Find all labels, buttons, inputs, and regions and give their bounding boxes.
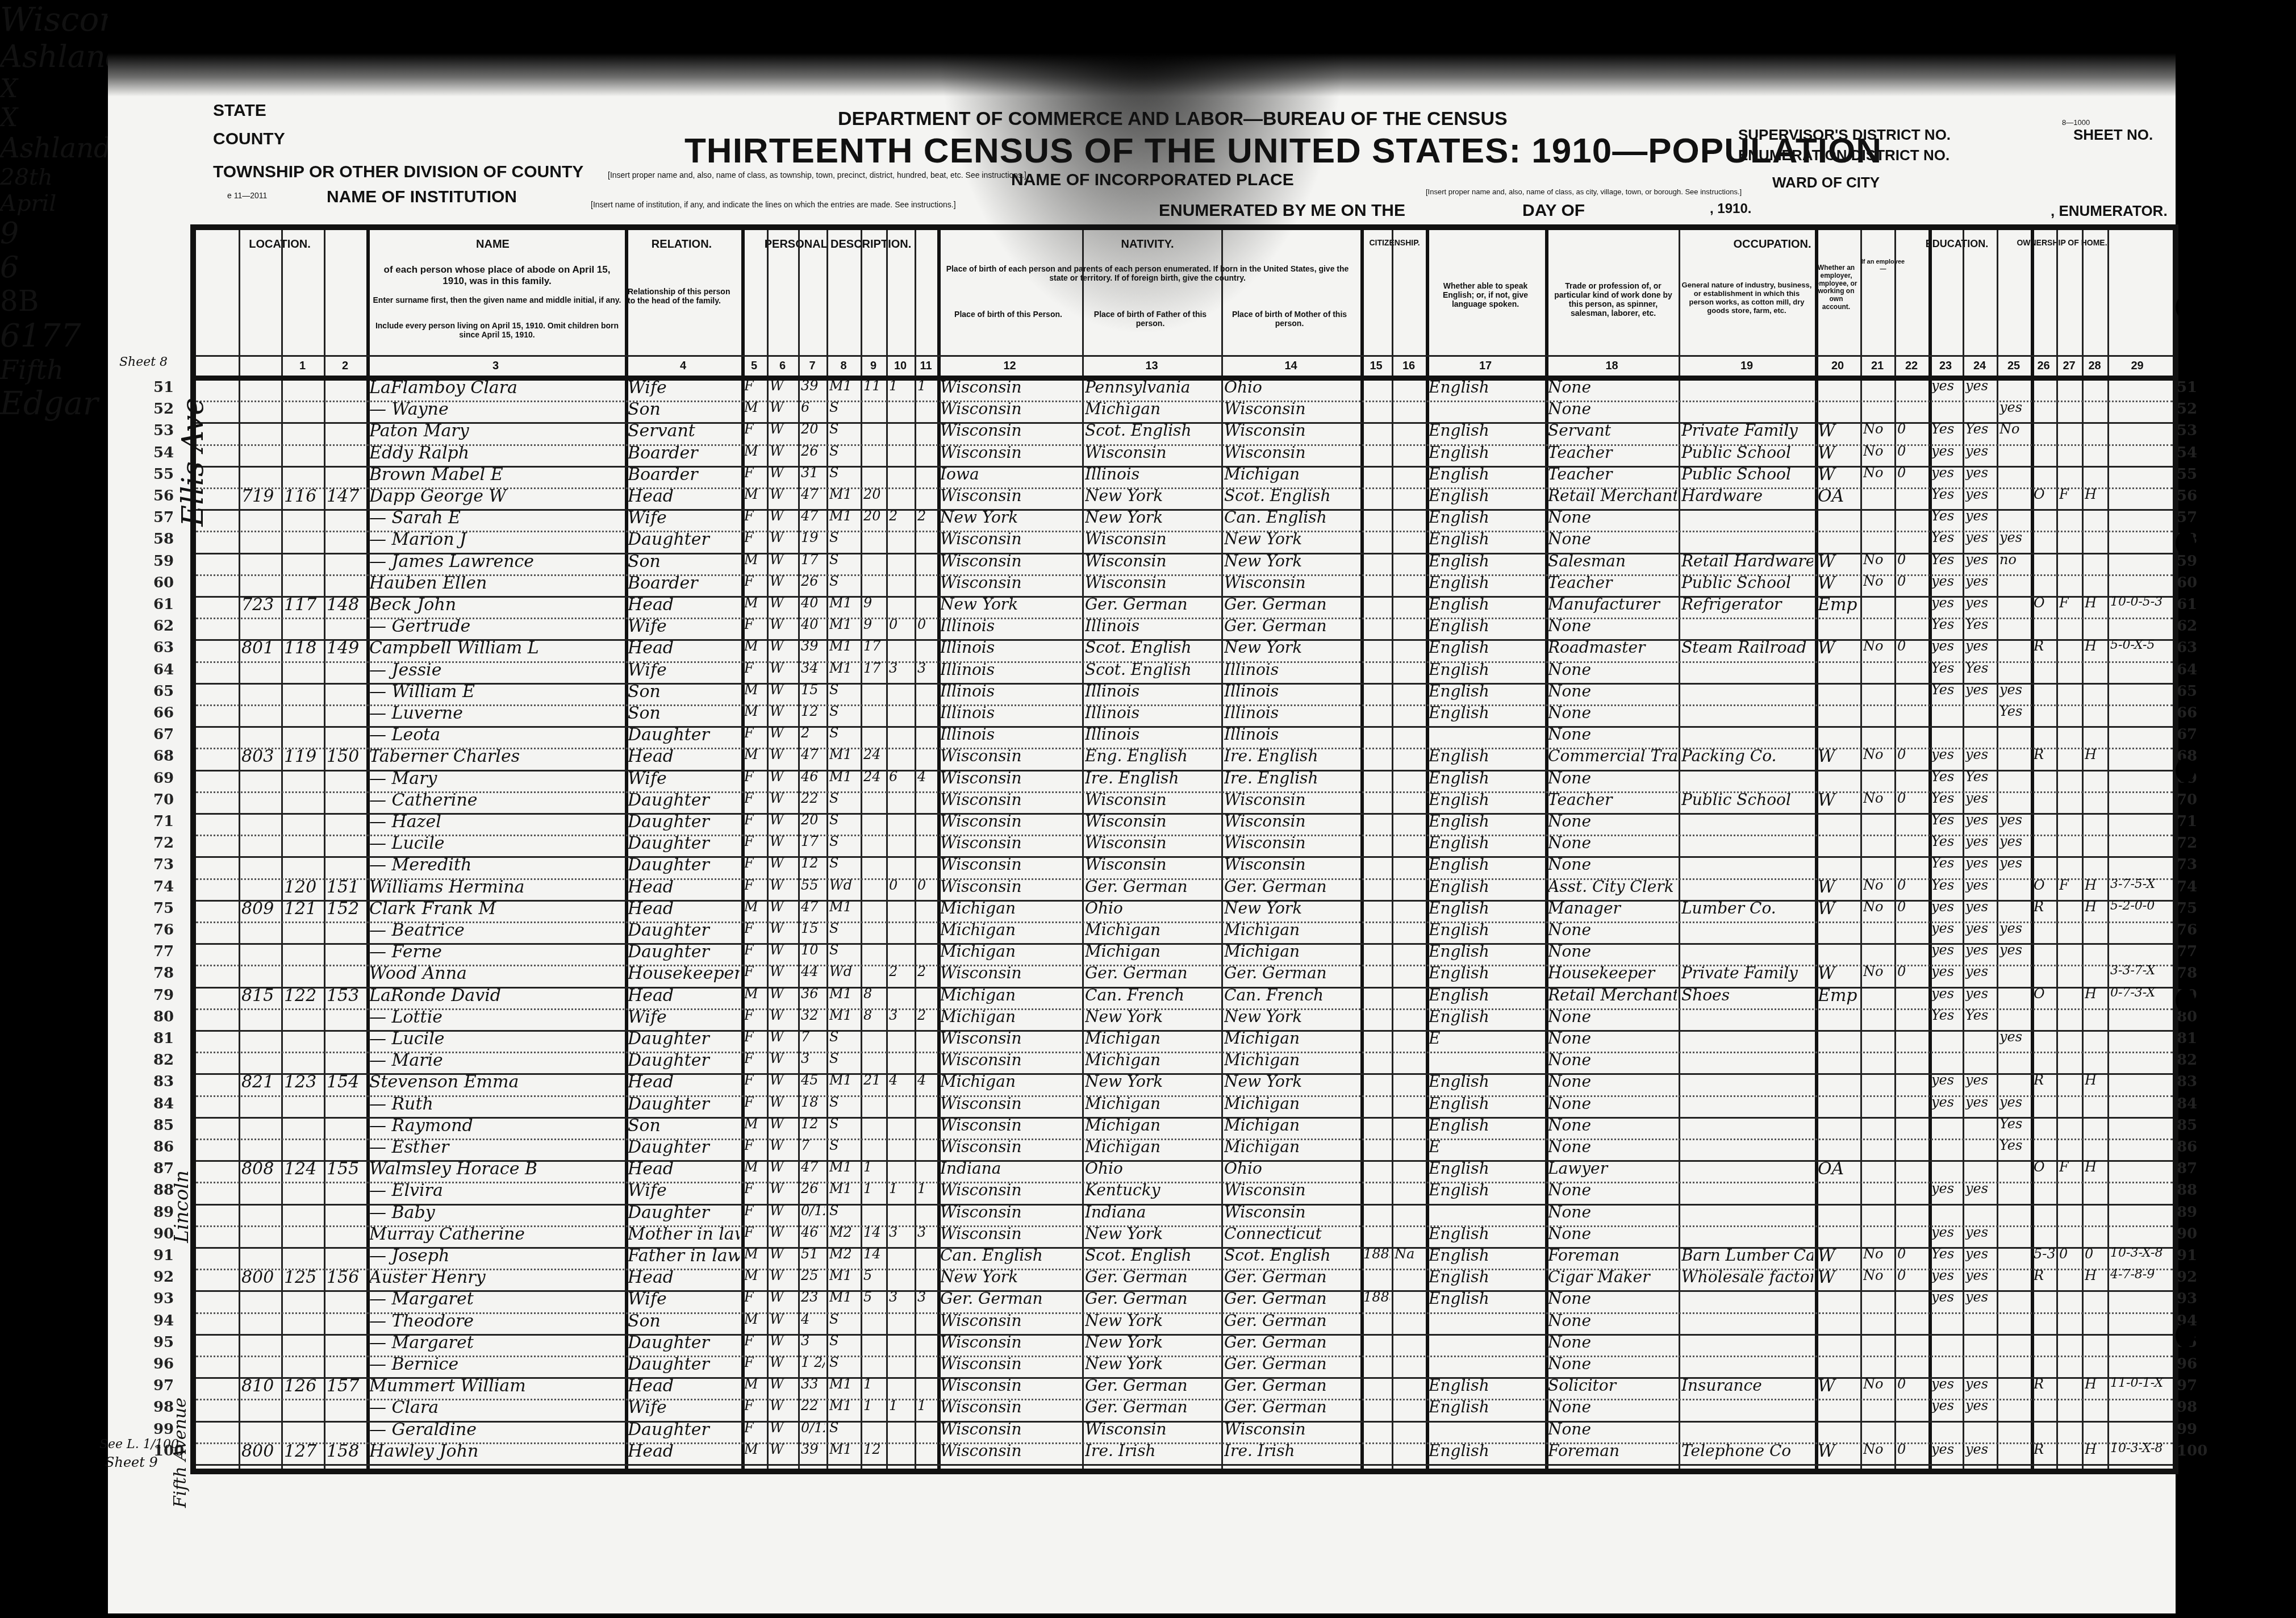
cell-free: F	[2059, 486, 2080, 502]
cell-yrs: 1	[863, 1181, 884, 1196]
cell-pob-m: Scot. English	[1224, 486, 1359, 505]
cell-industry: Public School	[1681, 443, 1813, 462]
cell-yrs: 1	[863, 1376, 884, 1392]
cell-trade: Retail Merchant	[1548, 486, 1677, 505]
cell-name: — William E	[369, 682, 623, 702]
cell-pob: Wisconsin	[940, 529, 1080, 548]
cell-dwelling: 121	[284, 899, 322, 919]
cell-name: — Marion J	[369, 529, 623, 549]
cell-trade: Teacher	[1548, 443, 1677, 462]
cell-emp: W	[1818, 1441, 1859, 1461]
cell-dwelling: 122	[284, 986, 322, 1006]
column-number: 23	[1928, 360, 1963, 373]
column-number: 14	[1221, 360, 1360, 373]
cell-yrs: 24	[863, 769, 884, 785]
cell-pob: Indiana	[940, 1159, 1080, 1178]
scan-shadow	[108, 0, 2176, 97]
cell-read: yes	[1931, 595, 1961, 611]
cell-marital: S	[829, 1116, 859, 1132]
cell-pob-f: Ger. German	[1085, 1398, 1220, 1416]
cell-race: W	[770, 1289, 796, 1305]
cell-lang: English	[1429, 1376, 1543, 1395]
cell-write: yes	[1965, 1181, 1995, 1196]
cell-pob: Wisconsin	[940, 1181, 1080, 1199]
cell-school: Yes	[1999, 703, 2029, 719]
cell-school: yes	[1999, 529, 2029, 545]
cell-sex: F	[744, 660, 765, 676]
cell-family: 155	[327, 1159, 365, 1179]
cell-trade: None	[1548, 1007, 1677, 1026]
cell-age: 31	[801, 465, 825, 481]
cell-pob-m: New York	[1224, 899, 1359, 918]
cell-trade: None	[1548, 399, 1677, 418]
cell-own: O	[2034, 986, 2055, 1002]
cell-name: — Meredith	[369, 855, 623, 875]
cell-pob-m: Michigan	[1224, 1137, 1359, 1156]
cell-race: W	[770, 769, 796, 785]
cell-age: 12	[801, 1116, 825, 1132]
cell-pob-f: New York	[1085, 1007, 1220, 1026]
cell-read: yes	[1931, 1267, 1961, 1283]
cell-oow: No	[1863, 573, 1893, 589]
cell-trade: None	[1548, 769, 1677, 787]
cell-trade: Roadmaster	[1548, 638, 1677, 657]
cell-house: 803	[241, 747, 279, 766]
cell-write: yes	[1965, 638, 1995, 654]
line-number: 63	[153, 639, 174, 656]
cell-family: 149	[327, 638, 365, 658]
cell-emp: W	[1818, 573, 1859, 593]
cell-age: 2	[801, 725, 825, 741]
cell-name: Eddy Ralph	[369, 443, 623, 463]
cell-name: — Lottie	[369, 1007, 623, 1027]
cell-pob-m: Scot. English	[1224, 1246, 1359, 1265]
cell-name: Williams Hermina	[369, 877, 623, 897]
cell-trade: None	[1548, 1094, 1677, 1113]
line-number: 91	[2177, 1247, 2197, 1264]
if-employee-header: If an employee—	[1860, 258, 1906, 273]
cell-oow: No	[1863, 1376, 1893, 1392]
cell-nat: Na	[1395, 1246, 1424, 1262]
cell-pob-f: Pennsylvania	[1085, 378, 1220, 397]
cell-family: 154	[327, 1072, 365, 1092]
cell-yrs: 20	[863, 486, 884, 502]
cell-pob-m: Wisconsin	[1224, 1420, 1359, 1438]
cell-read: Yes	[1931, 660, 1961, 676]
birth-mother-header: Place of birth of Mother of this person.	[1221, 310, 1358, 328]
line-number: 67	[2177, 726, 2197, 743]
cell-trade: None	[1548, 1224, 1677, 1243]
cell-relation: Son	[628, 399, 740, 419]
cell-pob-f: Scot. English	[1085, 660, 1220, 679]
cell-race: W	[770, 573, 796, 589]
cell-trade: None	[1548, 682, 1677, 700]
cell-wks: 0	[1897, 552, 1927, 568]
cell-race: W	[770, 595, 796, 611]
line-number: 54	[153, 444, 174, 461]
column-divider	[2056, 230, 2058, 1469]
cell-race: W	[770, 421, 796, 437]
line-number: 98	[2177, 1399, 2197, 1416]
cell-name: Mummert William	[369, 1376, 623, 1396]
cell-read: yes	[1931, 1181, 1961, 1196]
cell-oow: No	[1863, 899, 1893, 915]
line-number: 85	[153, 1117, 174, 1134]
cell-marital: S	[829, 443, 859, 459]
industry-header: General nature of industry, business, or…	[1681, 281, 1812, 315]
cell-relation: Wife	[628, 769, 740, 789]
cell-race: W	[770, 682, 796, 698]
line-number: 58	[153, 531, 174, 548]
line-number: 85	[2177, 1117, 2197, 1134]
cell-industry: Packing Co.	[1681, 747, 1813, 765]
line-number: 76	[2177, 921, 2197, 939]
cell-school: yes	[1999, 812, 2029, 828]
cell-own: R	[2034, 747, 2055, 762]
cell-sex: F	[744, 1203, 765, 1219]
cell-dwelling: 125	[284, 1267, 322, 1287]
cell-emp: W	[1818, 1267, 1859, 1287]
cell-family: 147	[327, 486, 365, 506]
cell-own: R	[2034, 638, 2055, 654]
cell-name: Paton Mary	[369, 421, 623, 441]
cell-relation: Wife	[628, 1398, 740, 1417]
cell-sex: F	[744, 616, 765, 632]
cell-relation: Daughter	[628, 942, 740, 962]
cell-pob-m: Illinois	[1224, 682, 1359, 700]
cell-pob-m: Ger. German	[1224, 877, 1359, 896]
cell-race: W	[770, 1094, 796, 1110]
cell-pob-f: Wisconsin	[1085, 855, 1220, 874]
cell-born: 1	[889, 1181, 913, 1196]
cell-trade: None	[1548, 1398, 1677, 1416]
cell-name: LaRonde David	[369, 986, 623, 1006]
cell-oow: No	[1863, 465, 1893, 481]
cell-pob: Wisconsin	[940, 1224, 1080, 1243]
cell-pob-f: New York	[1085, 486, 1220, 505]
cell-emp: OA	[1818, 1159, 1859, 1179]
cell-school: yes	[1999, 920, 2029, 936]
line-number: 86	[153, 1139, 174, 1156]
cell-race: W	[770, 1311, 796, 1327]
cell-pob-m: Wisconsin	[1224, 421, 1359, 440]
cell-read: yes	[1931, 964, 1961, 979]
cell-pob-f: Illinois	[1085, 465, 1220, 483]
line-number: 65	[2177, 683, 2197, 700]
cell-age: 47	[801, 508, 825, 524]
cell-pob: Wisconsin	[940, 855, 1080, 874]
cell-read: Yes	[1931, 682, 1961, 698]
cell-pob: Wisconsin	[940, 1376, 1080, 1395]
column-divider	[1392, 230, 1393, 1469]
cell-write: yes	[1965, 465, 1995, 481]
cell-read: Yes	[1931, 833, 1961, 849]
cell-pob-m: Wisconsin	[1224, 1203, 1359, 1221]
cell-family: 157	[327, 1376, 365, 1396]
cell-farm: H	[2085, 1441, 2106, 1457]
cell-house: 808	[241, 1159, 279, 1179]
cell-yrs: 14	[863, 1246, 884, 1262]
cell-industry: Private Family	[1681, 421, 1813, 440]
line-number: 70	[2177, 791, 2197, 808]
line-number: 63	[2177, 639, 2197, 656]
cell-pob-f: Michigan	[1085, 1050, 1220, 1069]
cell-pob-m: Can. French	[1224, 986, 1359, 1004]
cell-pob: Wisconsin	[940, 421, 1080, 440]
column-divider	[798, 230, 800, 1469]
cell-emp: Emp	[1818, 595, 1859, 615]
cell-race: W	[770, 1007, 796, 1023]
line-number: 78	[2177, 965, 2197, 982]
cell-lang: English	[1429, 1224, 1543, 1243]
column-number: 9	[861, 360, 886, 373]
group-personal: PERSONAL DESCRIPTION.	[741, 238, 934, 251]
cell-marital: M1	[829, 616, 859, 632]
cell-relation: Wife	[628, 1181, 740, 1200]
column-number: 19	[1679, 360, 1815, 373]
cell-trade: Foreman	[1548, 1441, 1677, 1460]
cell-name: Dapp George W	[369, 486, 623, 506]
cell-marital: S	[829, 703, 859, 719]
column-divider	[281, 230, 283, 1469]
cell-sex: M	[744, 443, 765, 459]
cell-relation: Head	[628, 986, 740, 1006]
cell-school: yes	[1999, 855, 2029, 871]
cell-sex: F	[744, 378, 765, 394]
cell-race: W	[770, 747, 796, 762]
cell-age: 40	[801, 595, 825, 611]
line-number: 55	[153, 466, 174, 483]
line-number: 64	[153, 661, 174, 678]
cell-race: W	[770, 1072, 796, 1088]
cell-trade: None	[1548, 616, 1677, 635]
cell-trade: None	[1548, 942, 1677, 961]
cell-write: yes	[1965, 1246, 1995, 1262]
cell-relation: Head	[628, 638, 740, 658]
cell-pob-f: Ger. German	[1085, 1376, 1220, 1395]
punch-hole	[2176, 531, 2195, 555]
cell-wks: 0	[1897, 443, 1927, 459]
cell-race: W	[770, 833, 796, 849]
cell-lang: E	[1429, 1137, 1543, 1156]
cell-write: yes	[1965, 1376, 1995, 1392]
cell-pob-m: Ire. English	[1224, 769, 1359, 787]
cell-lang: E	[1429, 1029, 1543, 1048]
cell-pob-m: Ger. German	[1224, 1398, 1359, 1416]
cell-name: Clark Frank M	[369, 899, 623, 919]
cell-pob: Wisconsin	[940, 1420, 1080, 1438]
cell-sex: F	[744, 1398, 765, 1413]
cell-family: 148	[327, 595, 365, 615]
cell-pob-m: Illinois	[1224, 725, 1359, 744]
cell-house: 810	[241, 1376, 279, 1396]
cell-lang: English	[1429, 986, 1543, 1004]
cell-pob-m: Ire. Irish	[1224, 1441, 1359, 1460]
cell-marital: M1	[829, 747, 859, 762]
cell-relation: Wife	[628, 378, 740, 398]
line-number: 70	[153, 791, 174, 808]
cell-sex: F	[744, 573, 765, 589]
cell-pob: Wisconsin	[940, 552, 1080, 570]
cell-pob-f: Ger. German	[1085, 1289, 1220, 1308]
cell-name: — Joseph	[369, 1246, 623, 1266]
cell-age: 19	[801, 529, 825, 545]
cell-pob-m: Ger. German	[1224, 616, 1359, 635]
cell-pob: Wisconsin	[940, 399, 1080, 418]
cell-industry: Barn Lumber Camp	[1681, 1246, 1813, 1265]
cell-marital: S	[829, 725, 859, 741]
cell-write: yes	[1965, 552, 1995, 568]
relation-desc: Relationship of this person to the head …	[628, 287, 736, 305]
cell-oow: No	[1863, 1267, 1893, 1283]
incorporated-place-label: NAME OF INCORPORATED PLACE	[1011, 170, 1294, 190]
cell-born: 0	[889, 616, 913, 632]
cell-yrs: 12	[863, 1441, 884, 1457]
cell-marital: M1	[829, 1181, 859, 1196]
line-number: 88	[2177, 1182, 2197, 1199]
cell-lang: English	[1429, 616, 1543, 635]
cell-race: W	[770, 1376, 796, 1392]
cell-relation: Head	[628, 1072, 740, 1092]
cell-wks: 0	[1897, 877, 1927, 893]
cell-sched: 10-3-X-8	[2110, 1246, 2165, 1260]
cell-write: yes	[1965, 877, 1995, 893]
cell-write: yes	[1965, 378, 1995, 394]
cell-pob-f: Ger. German	[1085, 1267, 1220, 1286]
cell-pob-m: Ire. English	[1224, 747, 1359, 765]
cell-pob-f: Ohio	[1085, 899, 1220, 918]
cell-age: 12	[801, 855, 825, 871]
punch-hole	[2176, 295, 2195, 319]
cell-write: yes	[1965, 964, 1995, 979]
cell-born: 2	[889, 964, 913, 979]
column-number: 6	[767, 360, 798, 373]
cell-pob-m: New York	[1224, 638, 1359, 657]
cell-relation: Boarder	[628, 443, 740, 463]
cell-marital: S	[829, 790, 859, 806]
cell-race: W	[770, 812, 796, 828]
line-number: 72	[2177, 835, 2197, 852]
column-divider	[1894, 230, 1896, 1469]
column-divider	[324, 230, 325, 1469]
cell-age: 20	[801, 812, 825, 828]
cell-write: yes	[1965, 812, 1995, 828]
line-number: 73	[153, 856, 174, 873]
cell-race: W	[770, 660, 796, 676]
cell-name: — Catherine	[369, 790, 623, 810]
cell-read: Yes	[1931, 769, 1961, 785]
cell-read: yes	[1931, 1094, 1961, 1110]
cell-born: 3	[889, 1007, 913, 1023]
cell-race: W	[770, 1441, 796, 1457]
cell-pob: Wisconsin	[940, 877, 1080, 896]
cell-read: yes	[1931, 573, 1961, 589]
line-number: 92	[2177, 1269, 2197, 1286]
line-number: 71	[2177, 813, 2197, 830]
cell-race: W	[770, 1354, 796, 1370]
cell-pob: Wisconsin	[940, 1137, 1080, 1156]
cell-pob-f: Indiana	[1085, 1203, 1220, 1221]
cell-marital: Wd	[829, 877, 859, 893]
cell-relation: Housekeeper	[628, 964, 740, 983]
cell-race: W	[770, 964, 796, 979]
cell-pob-f: Scot. English	[1085, 1246, 1220, 1265]
cell-race: W	[770, 508, 796, 524]
cell-pob-f: Wisconsin	[1085, 443, 1220, 462]
cell-sex: F	[744, 1029, 765, 1045]
cell-living: 1	[917, 378, 936, 394]
cell-read: yes	[1931, 747, 1961, 762]
supervisor-label: SUPERVISOR'S DISTRICT NO.	[1738, 126, 1951, 144]
cell-farm: 0	[2085, 1246, 2106, 1262]
cell-relation: Daughter	[628, 1137, 740, 1157]
cell-read: yes	[1931, 920, 1961, 936]
cell-oow: No	[1863, 877, 1893, 893]
cell-dwelling: 120	[284, 877, 322, 897]
cell-marital: S	[829, 1029, 859, 1045]
cell-sex: F	[744, 769, 765, 785]
cell-lang: English	[1429, 529, 1543, 548]
cell-trade: None	[1548, 1072, 1677, 1091]
cell-sex: M	[744, 638, 765, 654]
line-number: 62	[153, 618, 174, 635]
cell-lang: English	[1429, 465, 1543, 483]
cell-name: — Wayne	[369, 399, 623, 419]
cell-born: 3	[889, 660, 913, 676]
cell-age: 45	[801, 1072, 825, 1088]
cell-family: 156	[327, 1267, 365, 1287]
cell-marital: S	[829, 529, 859, 545]
cell-living: 1	[917, 1398, 936, 1413]
cell-race: W	[770, 877, 796, 893]
line-number: 60	[153, 574, 174, 591]
cell-write: yes	[1965, 920, 1995, 936]
enumeration-label: ENUMERATION DISTRICT NO.	[1738, 147, 1949, 164]
line-number: 89	[2177, 1204, 2197, 1221]
cell-marital: M1	[829, 1398, 859, 1413]
cell-wks: 0	[1897, 1267, 1927, 1283]
cell-marital: S	[829, 1311, 859, 1327]
cell-trade: None	[1548, 1420, 1677, 1438]
cell-pob-f: Scot. English	[1085, 638, 1220, 657]
cell-pob: Illinois	[940, 616, 1080, 635]
cell-house: 801	[241, 638, 279, 658]
cell-relation: Wife	[628, 660, 740, 680]
cell-marital: S	[829, 942, 859, 958]
cell-oow: No	[1863, 443, 1893, 459]
cell-school: yes	[1999, 1094, 2029, 1110]
cell-marital: S	[829, 1203, 859, 1219]
cell-pob: Wisconsin	[940, 747, 1080, 765]
cell-sex: M	[744, 399, 765, 415]
cell-sex: F	[744, 920, 765, 936]
cell-pob-m: Wisconsin	[1224, 573, 1359, 592]
cell-read: Yes	[1931, 486, 1961, 502]
cell-race: W	[770, 899, 796, 915]
cell-sex: M	[744, 1267, 765, 1283]
cell-race: W	[770, 1181, 796, 1196]
cell-trade: None	[1548, 378, 1677, 397]
line-number: 51	[2177, 379, 2197, 396]
cell-marital: S	[829, 1420, 859, 1436]
cell-pob-f: Wisconsin	[1085, 529, 1220, 548]
cell-write: yes	[1965, 486, 1995, 502]
cell-own: R	[2034, 899, 2055, 915]
line-number: 96	[153, 1356, 174, 1373]
cell-marital: M1	[829, 595, 859, 611]
cell-relation: Mother in law	[628, 1224, 740, 1244]
line-number: 68	[153, 748, 174, 765]
